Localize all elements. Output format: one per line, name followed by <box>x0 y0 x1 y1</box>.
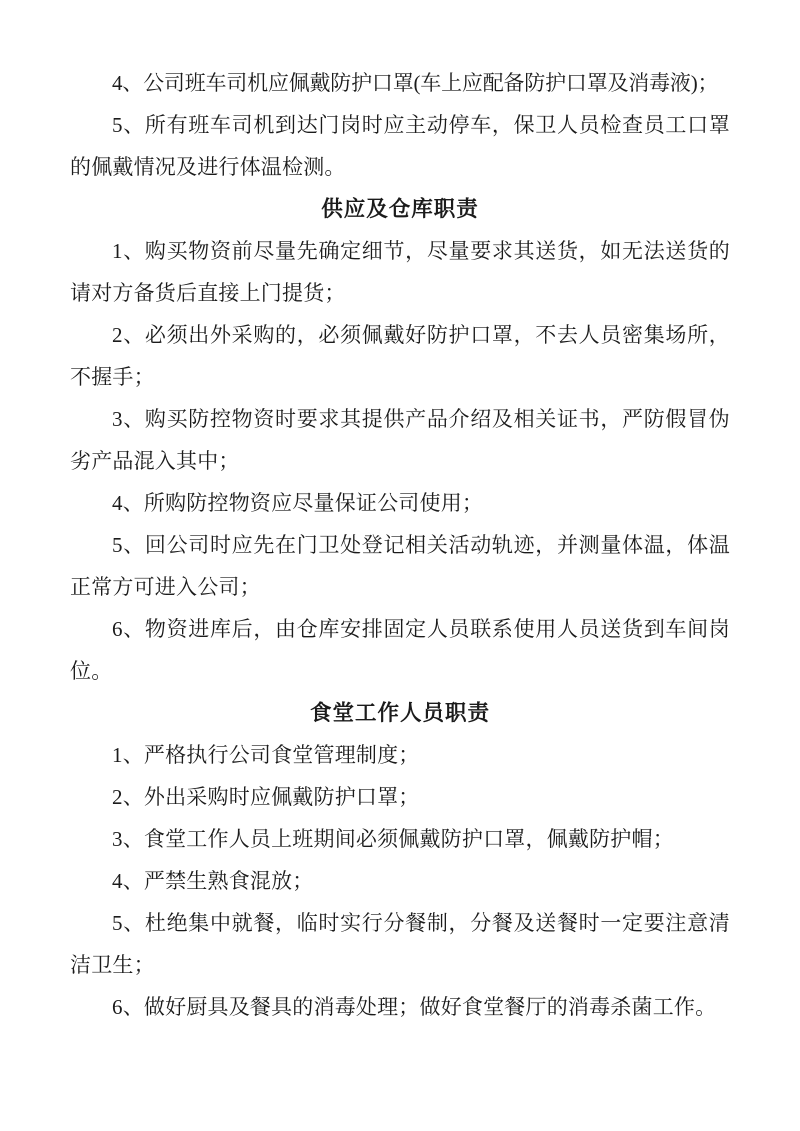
document-page: 4、公司班车司机应佩戴防护口罩(车上应配备防护口罩及消毒液)； 5、所有班车司机… <box>0 0 800 1131</box>
para-bus-driver-item-4: 4、公司班车司机应佩戴防护口罩(车上应配备防护口罩及消毒液)； <box>70 62 730 104</box>
para-supply-item-5: 5、回公司时应先在门卫处登记相关活动轨迹，并测量体温，体温正常方可进入公司； <box>70 524 730 608</box>
para-canteen-item-6: 6、做好厨具及餐具的消毒处理；做好食堂餐厅的消毒杀菌工作。 <box>70 986 730 1028</box>
para-supply-item-3: 3、购买防控物资时要求其提供产品介绍及相关证书，严防假冒伪劣产品混入其中； <box>70 398 730 482</box>
para-canteen-item-3: 3、食堂工作人员上班期间必须佩戴防护口罩，佩戴防护帽； <box>70 818 730 860</box>
para-bus-driver-item-5: 5、所有班车司机到达门岗时应主动停车，保卫人员检查员工口罩的佩戴情况及进行体温检… <box>70 104 730 188</box>
para-supply-item-2: 2、必须出外采购的，必须佩戴好防护口罩，不去人员密集场所，不握手； <box>70 314 730 398</box>
para-supply-item-1: 1、购买物资前尽量先确定细节，尽量要求其送货，如无法送货的请对方备货后直接上门提… <box>70 230 730 314</box>
para-canteen-item-1: 1、严格执行公司食堂管理制度； <box>70 734 730 776</box>
para-canteen-item-4: 4、严禁生熟食混放； <box>70 860 730 902</box>
para-canteen-item-5: 5、杜绝集中就餐，临时实行分餐制，分餐及送餐时一定要注意清洁卫生； <box>70 902 730 986</box>
section-heading-canteen-staff: 食堂工作人员职责 <box>70 692 730 734</box>
section-heading-supply-warehouse: 供应及仓库职责 <box>70 188 730 230</box>
para-supply-item-4: 4、所购防控物资应尽量保证公司使用； <box>70 482 730 524</box>
para-canteen-item-2: 2、外出采购时应佩戴防护口罩； <box>70 776 730 818</box>
para-supply-item-6: 6、物资进库后，由仓库安排固定人员联系使用人员送货到车间岗位。 <box>70 608 730 692</box>
